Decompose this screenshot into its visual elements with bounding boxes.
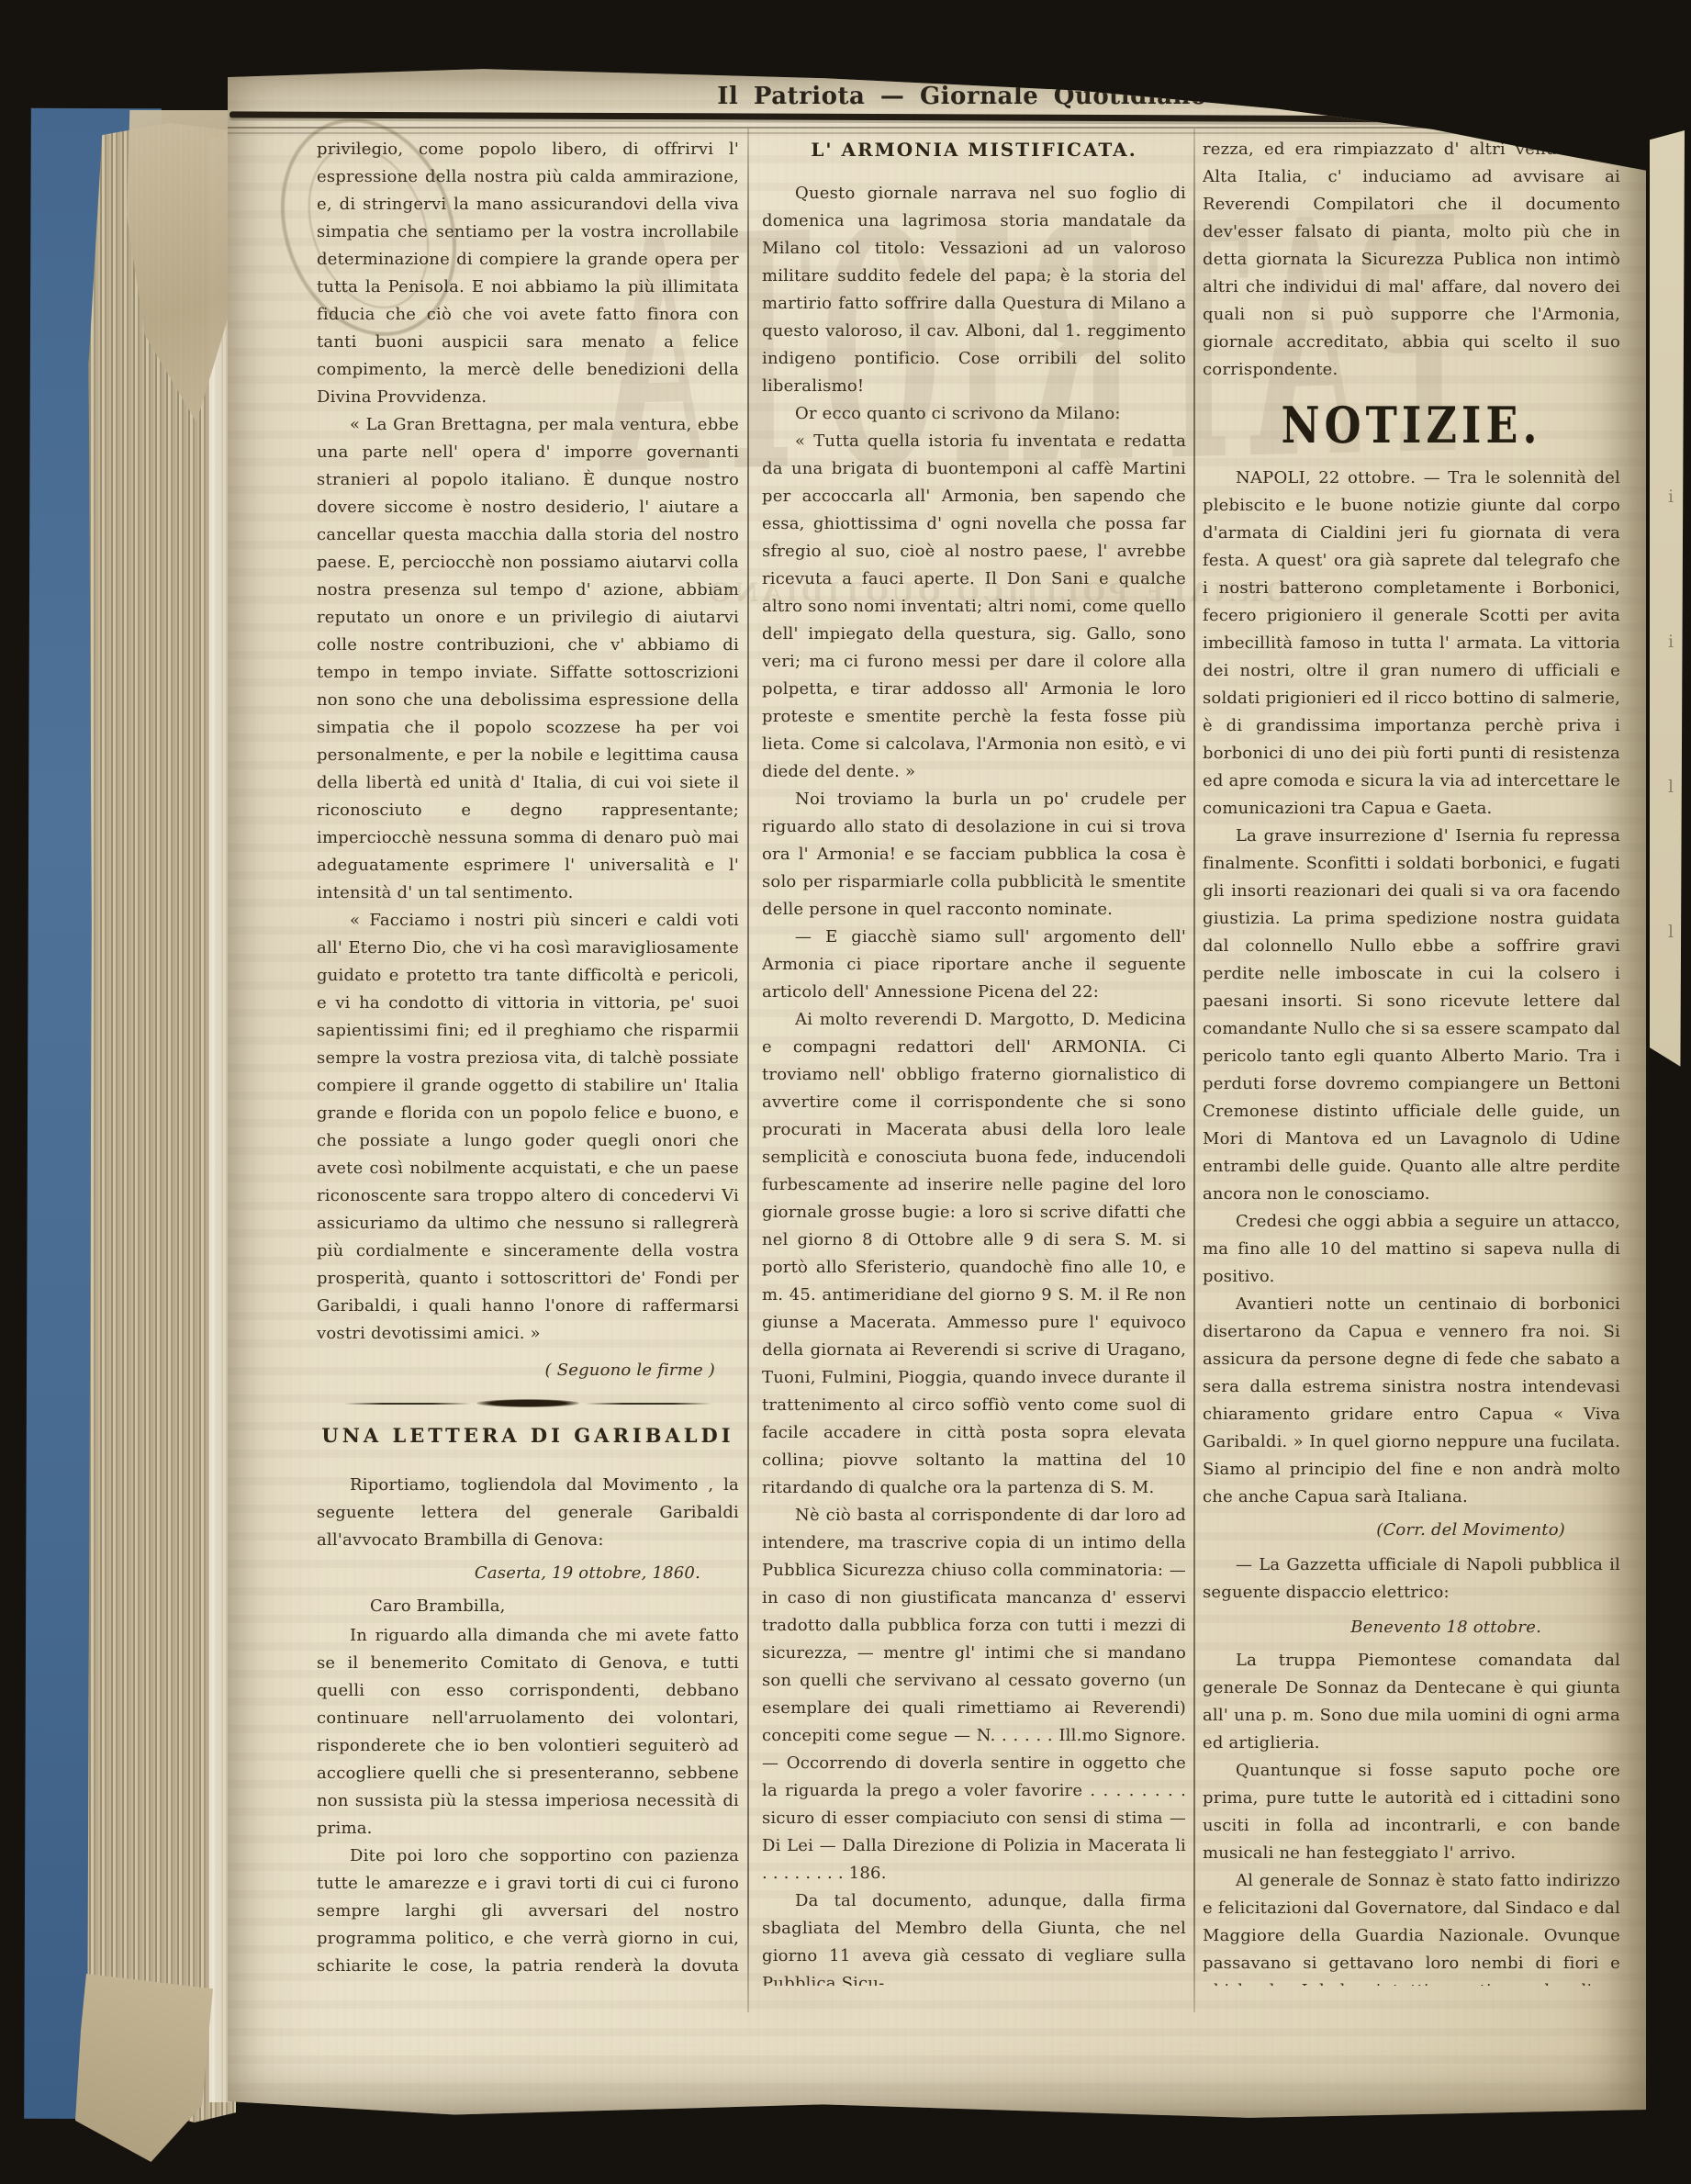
paragraph: — La Gazzetta ufficiale di Napoli pubbli… <box>1203 1551 1620 1607</box>
paragraph: Ai molto reverendi D. Margotto, D. Medic… <box>762 1006 1186 1502</box>
letter-salutation: Caro Brambilla, <box>317 1593 739 1620</box>
paragraph: « La Gran Brettagna, per mala ventura, e… <box>317 411 739 907</box>
paragraph: Riportiamo, togliendola dal Movimento , … <box>317 1472 739 1554</box>
paragraph: Dite poi loro che sopportino con pazienz… <box>317 1842 739 1986</box>
page-edge-highlight <box>209 138 230 2102</box>
paragraph: Noi troviamo la burla un po' crudele per… <box>762 786 1186 924</box>
bleedthrough-anno: ANNO II <box>1467 84 1651 112</box>
paragraph: Quantunque si fosse saputo poche ore pri… <box>1203 1757 1620 1867</box>
next-page-sliver: i i l l <box>1650 130 1685 1076</box>
article-heading-garibaldi-letter: UNA LETTERA DI GARIBALDI <box>317 1422 739 1450</box>
dispatch-dateline: Benevento 18 ottobre. <box>1203 1614 1620 1641</box>
cut-letter-fragments: i i l l <box>1650 424 1685 1004</box>
column-divider-rule-1 <box>747 129 749 2012</box>
column-right: rezza, ed era rimpiazzato d' altri venut… <box>1203 136 1620 1986</box>
paragraph: rezza, ed era rimpiazzato d' altri venut… <box>1203 136 1620 384</box>
paragraph: privilegio, come popolo libero, di offri… <box>317 136 739 411</box>
section-heading-notizie: NOTIZIE. <box>1203 409 1620 441</box>
paragraph: In riguardo alla dimanda che mi avete fa… <box>317 1622 739 1842</box>
column-divider-rule-2 <box>1193 129 1195 2012</box>
paragraph: Questo giornale narrava nel suo foglio d… <box>762 180 1186 400</box>
scanned-book-photo: i i l l PATRIOTA GIORNALE POLITICO QUOTI… <box>0 0 1691 2184</box>
correspondent-credit: (Corr. del Movimento) <box>1203 1517 1620 1544</box>
paragraph: La truppa Piemontese comandata dal gener… <box>1203 1647 1620 1757</box>
paragraph: Or ecco quanto ci scrivono da Milano: <box>762 400 1186 428</box>
paragraph: Nè ciò basta al corrispondente di dar lo… <box>762 1502 1186 1887</box>
ornament-center <box>476 1399 579 1407</box>
paragraph: Al generale de Sonnaz è stato fatto indi… <box>1203 1867 1620 1986</box>
masthead-rule-thin-2 <box>228 132 1646 134</box>
paragraph: Da tal documento, adunque, dalla firma s… <box>762 1887 1186 1986</box>
torn-fragment-bottom <box>75 1974 213 2162</box>
column-center: L' ARMONIA MISTIFICATA. Questo giornale … <box>762 136 1186 1986</box>
ornament-line-right <box>585 1403 711 1405</box>
masthead-rule-thin-1 <box>228 127 1646 129</box>
article-heading-armonia: L' ARMONIA MISTIFICATA. <box>762 136 1186 163</box>
paragraph: Avantieri notte un centinaio di borbonic… <box>1203 1291 1620 1511</box>
column-left: privilegio, come popolo libero, di offri… <box>317 136 739 1986</box>
divider-ornament <box>344 1399 711 1407</box>
paragraph: La grave insurrezione d' Isernia fu repr… <box>1203 823 1620 1208</box>
letter-dateline: Caserta, 19 ottobre, 1860. <box>317 1560 739 1587</box>
signatures-note: ( Seguono le firme ) <box>317 1357 739 1384</box>
paragraph: Credesi che oggi abbia a seguire un atta… <box>1203 1208 1620 1291</box>
paragraph: NAPOLI, 22 ottobre. — Tra le solennità d… <box>1203 465 1620 823</box>
masthead-title: Il Patriota — Giornale Quotidiano <box>595 83 1329 110</box>
paragraph: « Tutta quella istoria fu inventata e re… <box>762 428 1186 786</box>
ornament-line-left <box>344 1403 471 1405</box>
paragraph: « Facciamo i nostri più sinceri e caldi … <box>317 907 739 1348</box>
paragraph: — E giacchè siamo sull' argomento dell' … <box>762 924 1186 1006</box>
newspaper-page: PATRIOTA GIORNALE POLITICO QUOTIDIANO AN… <box>228 68 1646 2119</box>
